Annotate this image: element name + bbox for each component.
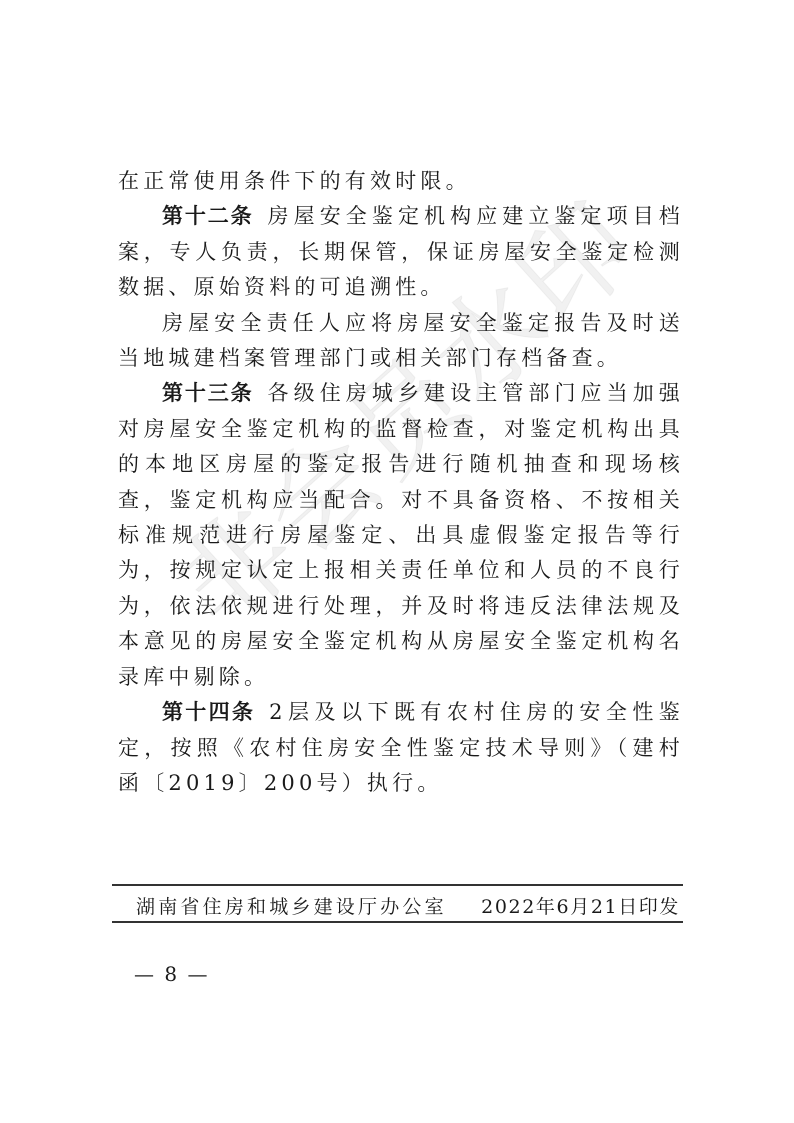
document-page: 非会员水印 在正常使用条件下的有效时限。 第十二条房屋安全鉴定机构应建立鉴定项目… [0, 0, 794, 1123]
page-number: — 8 — [134, 962, 209, 986]
article-heading: 第十四条 [162, 700, 255, 724]
article-12-paragraph-2: 房屋安全责任人应将房屋安全鉴定报告及时送当地城建档案管理部门或相关部门存档备查。 [118, 306, 684, 377]
footer-top-rule [112, 884, 683, 886]
article-14: 第十四条2层及以下既有农村住房的安全性鉴定，按照《农村住房安全性鉴定技术导则》（… [118, 695, 684, 801]
document-body: 在正常使用条件下的有效时限。 第十二条房屋安全鉴定机构应建立鉴定项目档案，专人负… [118, 164, 684, 801]
issuer-name: 湖南省住房和城乡建设厅办公室 [136, 892, 447, 919]
paragraph-text: 房屋安全责任人应将房屋安全鉴定报告及时送当地城建档案管理部门或相关部门存档备查。 [118, 311, 684, 370]
article-heading: 第十二条 [162, 204, 254, 228]
paragraph-text: 在正常使用条件下的有效时限。 [118, 169, 471, 193]
issue-date: 2022年6月21日印发 [481, 892, 680, 919]
article-heading: 第十三条 [162, 381, 254, 405]
article-12: 第十二条房屋安全鉴定机构应建立鉴定项目档案，专人负责，长期保管，保证房屋安全鉴定… [118, 199, 684, 305]
paragraph-continuation: 在正常使用条件下的有效时限。 [118, 164, 684, 199]
footer-bottom-rule [112, 921, 683, 923]
paragraph-text: 各级住房城乡建设主管部门应当加强对房屋安全鉴定机构的监督检查，对鉴定机构出具的本… [118, 381, 684, 688]
article-13: 第十三条各级住房城乡建设主管部门应当加强对房屋安全鉴定机构的监督检查，对鉴定机构… [118, 376, 684, 695]
